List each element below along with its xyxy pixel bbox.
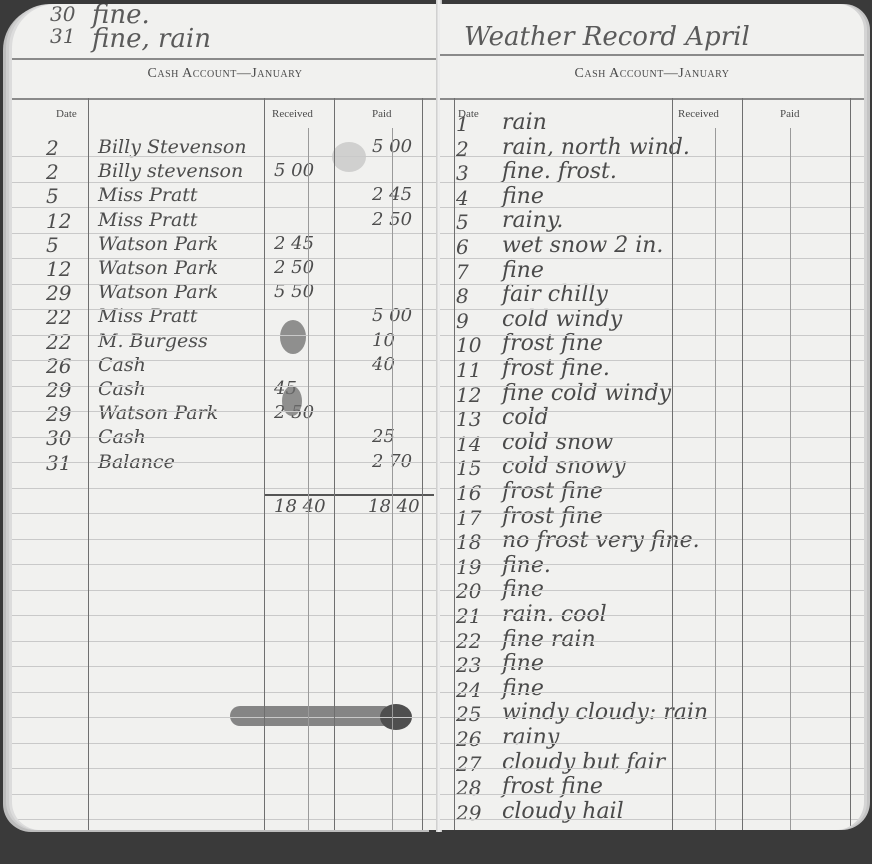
entry-name: M. Burgess <box>98 330 208 352</box>
column-rule <box>334 98 335 830</box>
ruled-line <box>12 233 438 234</box>
weather-date: 11 <box>456 358 481 382</box>
ruled-line <box>440 309 864 310</box>
cents-rule <box>715 128 716 830</box>
weather-date: 24 <box>456 678 481 702</box>
entry-name: Billy Stevenson <box>98 136 247 158</box>
ruled-line <box>12 717 438 718</box>
weather-date: 6 <box>456 235 469 259</box>
header-rule-top <box>440 54 864 56</box>
weather-text: rainy <box>502 725 559 750</box>
entry-date: 29 <box>46 402 71 426</box>
entry-date: 5 <box>46 233 59 257</box>
weather-text: cold windy <box>502 307 622 332</box>
weather-text: cold snow <box>502 430 613 455</box>
weather-text: fine. frost. <box>502 159 617 184</box>
entry-name: Cash <box>98 354 146 376</box>
col-head-paid: Paid <box>372 108 392 120</box>
cents-rule <box>308 128 309 830</box>
entry-date: 12 <box>46 209 71 233</box>
column-rule <box>264 98 265 830</box>
ruled-line <box>12 156 438 157</box>
col-head-date: Date <box>56 108 77 120</box>
weather-text: wet snow 2 in. <box>502 233 663 258</box>
top-note-text-31: fine, rain <box>92 24 211 54</box>
right-page: Weather Record April Cash Account—Januar… <box>440 4 864 830</box>
ledger-book: 30 fine. 31 fine, rain Cash Account—Janu… <box>0 0 872 864</box>
ruled-line <box>440 182 864 183</box>
entry-name: Watson Park <box>98 257 218 279</box>
ruled-line <box>440 590 864 591</box>
ruled-line <box>440 488 864 489</box>
ruled-line <box>440 513 864 514</box>
weather-text: cold snowy <box>502 454 626 479</box>
weather-text: fair chilly <box>502 282 608 307</box>
ruled-line <box>12 615 438 616</box>
ruled-line <box>12 692 438 693</box>
ruled-line <box>12 590 438 591</box>
weather-text: fine <box>502 676 544 701</box>
header-rule-bottom <box>12 98 438 100</box>
ink-blot <box>230 706 390 726</box>
weather-text: fine <box>502 258 544 283</box>
entry-date: 22 <box>46 330 71 354</box>
ruled-line <box>12 564 438 565</box>
weather-text: fine rain <box>502 627 596 652</box>
ruled-line <box>440 360 864 361</box>
weather-date: 27 <box>456 752 481 776</box>
weather-date: 10 <box>456 333 481 357</box>
entry-name: Watson Park <box>98 402 218 424</box>
weather-text: frost fine <box>502 774 603 799</box>
ruled-line <box>12 386 438 387</box>
page-heading: Cash Account—January <box>12 66 438 82</box>
header-rule-bottom <box>440 98 864 100</box>
ruled-line <box>12 437 438 438</box>
weather-date: 16 <box>456 481 481 505</box>
ruled-line <box>440 743 864 744</box>
ruled-line <box>440 641 864 642</box>
column-rule <box>422 98 423 830</box>
column-rule <box>850 98 851 830</box>
left-page: 30 fine. 31 fine, rain Cash Account—Janu… <box>12 4 438 830</box>
col-head-received: Received <box>678 108 719 120</box>
ruled-line <box>440 564 864 565</box>
weather-text: cloudy but fair <box>502 750 665 775</box>
weather-text: rainy. <box>502 208 563 233</box>
col-head-received: Received <box>272 108 313 120</box>
col-head-paid: Paid <box>780 108 800 120</box>
weather-date: 21 <box>456 604 481 628</box>
ruled-line <box>440 258 864 259</box>
ruled-line <box>12 258 438 259</box>
ruled-line <box>12 641 438 642</box>
weather-text: cold <box>502 405 549 430</box>
weather-text: frost fine <box>502 504 603 529</box>
weather-date: 15 <box>456 456 481 480</box>
ruled-line <box>12 284 438 285</box>
entry-date: 26 <box>46 354 71 378</box>
ruled-line <box>440 666 864 667</box>
weather-date: 7 <box>456 260 469 284</box>
weather-date: 26 <box>456 727 481 751</box>
ruled-line <box>440 717 864 718</box>
weather-text: fine <box>502 651 544 676</box>
cents-rule <box>790 128 791 830</box>
cents-rule <box>392 128 393 830</box>
weather-text: fine cold windy <box>502 381 671 406</box>
ruled-line <box>12 794 438 795</box>
weather-date: 8 <box>456 284 469 308</box>
ruled-line <box>440 207 864 208</box>
weather-text: frost fine <box>502 479 603 504</box>
ruled-line <box>12 309 438 310</box>
page-heading: Cash Account—January <box>440 66 864 82</box>
entry-name: Watson Park <box>98 233 218 255</box>
weather-date: 19 <box>456 555 481 579</box>
weather-date: 14 <box>456 432 481 456</box>
entry-date: 29 <box>46 378 71 402</box>
ruled-line <box>440 539 864 540</box>
ruled-line <box>440 819 864 820</box>
weather-date: 29 <box>456 801 481 825</box>
ruled-line <box>12 335 438 336</box>
column-rule <box>742 98 743 830</box>
weather-date: 28 <box>456 776 481 800</box>
ruled-line <box>440 794 864 795</box>
weather-date: 25 <box>456 702 481 726</box>
column-rule <box>672 98 673 830</box>
ruled-line <box>440 233 864 234</box>
ruled-line <box>440 462 864 463</box>
header-rule-top <box>12 58 438 60</box>
top-note-day-31: 31 <box>50 24 75 48</box>
weather-date: 17 <box>456 506 481 530</box>
ruled-line <box>12 411 438 412</box>
entry-name: Cash <box>98 378 146 400</box>
ruled-line <box>12 743 438 744</box>
ruled-line <box>12 488 438 489</box>
water-stain <box>332 142 366 172</box>
weather-date: 5 <box>456 210 469 234</box>
ruled-line <box>440 386 864 387</box>
ruled-line <box>12 666 438 667</box>
weather-record-title: Weather Record April <box>464 22 750 52</box>
weather-date: 18 <box>456 530 481 554</box>
ruled-line <box>440 156 864 157</box>
ruled-line <box>440 411 864 412</box>
column-rule <box>88 98 89 830</box>
ruled-line <box>12 768 438 769</box>
weather-text: no frost very fine. <box>502 528 700 553</box>
ink-stain <box>280 320 306 354</box>
entry-date: 12 <box>46 257 71 281</box>
ruled-line <box>440 692 864 693</box>
weather-text: cloudy hail <box>502 799 624 824</box>
ruled-line <box>12 462 438 463</box>
entry-date: 29 <box>46 281 71 305</box>
column-rule <box>454 98 455 830</box>
weather-date: 20 <box>456 579 481 603</box>
top-note-day-30: 30 <box>50 4 75 26</box>
ruled-line <box>12 513 438 514</box>
entry-date: 5 <box>46 184 59 208</box>
entry-date: 30 <box>46 426 71 450</box>
entry-name: Billy stevenson <box>98 160 243 182</box>
ruled-line <box>440 437 864 438</box>
weather-text: windy cloudy: rain <box>502 700 708 725</box>
ruled-line <box>440 335 864 336</box>
ruled-line <box>12 182 438 183</box>
ruled-line <box>12 819 438 820</box>
ruled-line <box>12 207 438 208</box>
weather-text: rain <box>502 110 547 135</box>
ruled-line <box>440 284 864 285</box>
weather-date: 9 <box>456 309 469 333</box>
weather-text: fine <box>502 184 544 209</box>
ruled-line <box>440 615 864 616</box>
ruled-line <box>12 539 438 540</box>
ruled-line <box>12 360 438 361</box>
weather-text: fine. <box>502 553 551 578</box>
entry-name: Miss Pratt <box>98 209 198 231</box>
weather-date: 1 <box>456 112 469 136</box>
entry-name: Miss Pratt <box>98 184 198 206</box>
ruled-line <box>440 768 864 769</box>
